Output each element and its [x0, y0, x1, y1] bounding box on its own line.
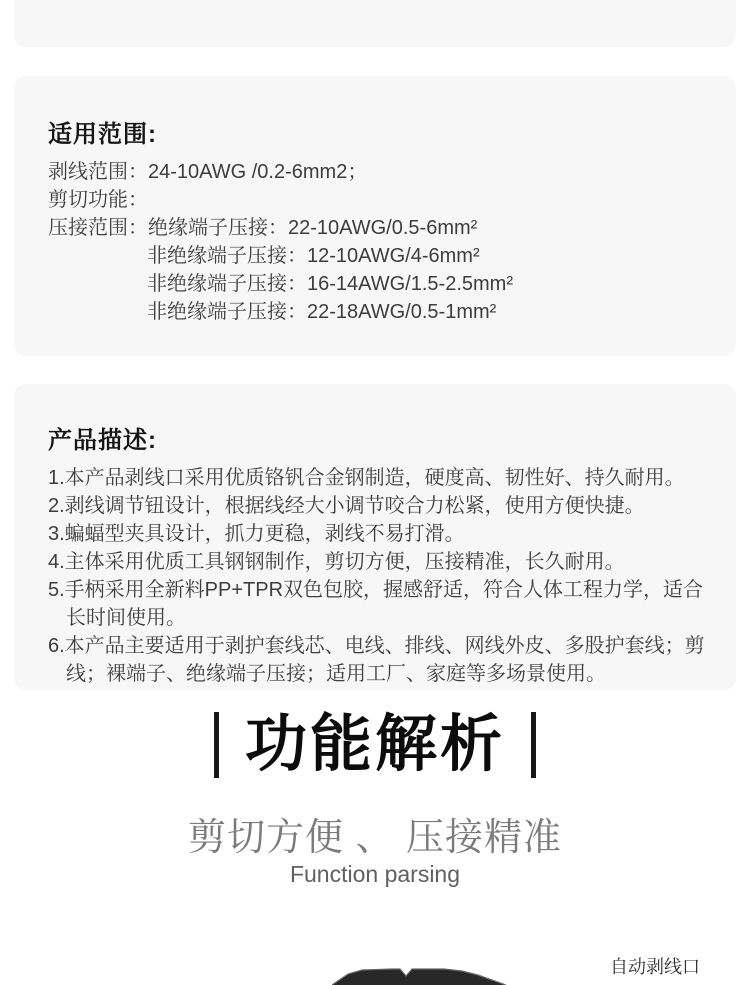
feature-title-row: 功能解析 — [0, 712, 750, 778]
auto-strip-port-label: 自动剥线口 — [610, 953, 700, 979]
product-description-card: 产品描述: 1.本产品剥线口采用优质铬钒合金钢制造，硬度高、韧性好、持久耐用。 … — [14, 384, 736, 690]
applicable-range-lines: 剥线范围：24-10AWG /0.2-6mm2； 剪切功能： 压接范围：绝缘端子… — [48, 158, 513, 326]
feature-subtitle: 剪切方便 、 压接精准 — [0, 806, 750, 861]
product-description-heading: 产品描述: — [48, 420, 157, 455]
spec-line-noninsulated-1: 非绝缘端子压接：12-10AWG/4-6mm² — [147, 242, 513, 270]
wire-stripper-jaws-image — [332, 967, 506, 985]
spec-card-partial: 手柄：PP+TPR(黑色)/ 双色包胶 — [14, 0, 736, 47]
description-item-3: 3.蝙蝠型夹具设计，抓力更稳，剥线不易打滑。 — [48, 520, 714, 548]
applicable-range-heading: 适用范围: — [48, 114, 157, 149]
description-item-5: 5.手柄采用全新料PP+TPR双色包胶，握感舒适，符合人体工程力学，适合长时间使… — [48, 576, 714, 632]
spec-line-noninsulated-2: 非绝缘端子压接：16-14AWG/1.5-2.5mm² — [147, 270, 513, 298]
applicable-range-card: 适用范围: 剥线范围：24-10AWG /0.2-6mm2； 剪切功能： 压接范… — [14, 76, 736, 356]
spec-line-strip-range: 剥线范围：24-10AWG /0.2-6mm2； — [48, 158, 513, 186]
feature-title: 功能解析 — [245, 714, 505, 776]
description-item-6: 6.本产品主要适用于剥护套线芯、电线、排线、网线外皮、多股护套线；剪线；裸端子、… — [48, 632, 714, 688]
description-item-4: 4.主体采用优质工具钢钢制作，剪切方便，压接精准，长久耐用。 — [48, 548, 714, 576]
spec-line-cut-function: 剪切功能： — [48, 186, 513, 214]
feature-subtitle-english: Function parsing — [0, 861, 750, 888]
spec-line-noninsulated-3: 非绝缘端子压接：22-18AWG/0.5-1mm² — [147, 298, 513, 326]
description-item-2: 2.剥线调节钮设计，根据线经大小调节咬合力松紧，使用方便快捷。 — [48, 492, 714, 520]
title-divider-bar-right — [531, 712, 536, 778]
description-item-1: 1.本产品剥线口采用优质铬钒合金钢制造，硬度高、韧性好、持久耐用。 — [48, 464, 714, 492]
title-divider-bar-left — [214, 712, 219, 778]
spec-line-crimp-range: 压接范围：绝缘端子压接：22-10AWG/0.5-6mm² — [48, 214, 513, 242]
product-description-list: 1.本产品剥线口采用优质铬钒合金钢制造，硬度高、韧性好、持久耐用。 2.剥线调节… — [48, 464, 714, 688]
